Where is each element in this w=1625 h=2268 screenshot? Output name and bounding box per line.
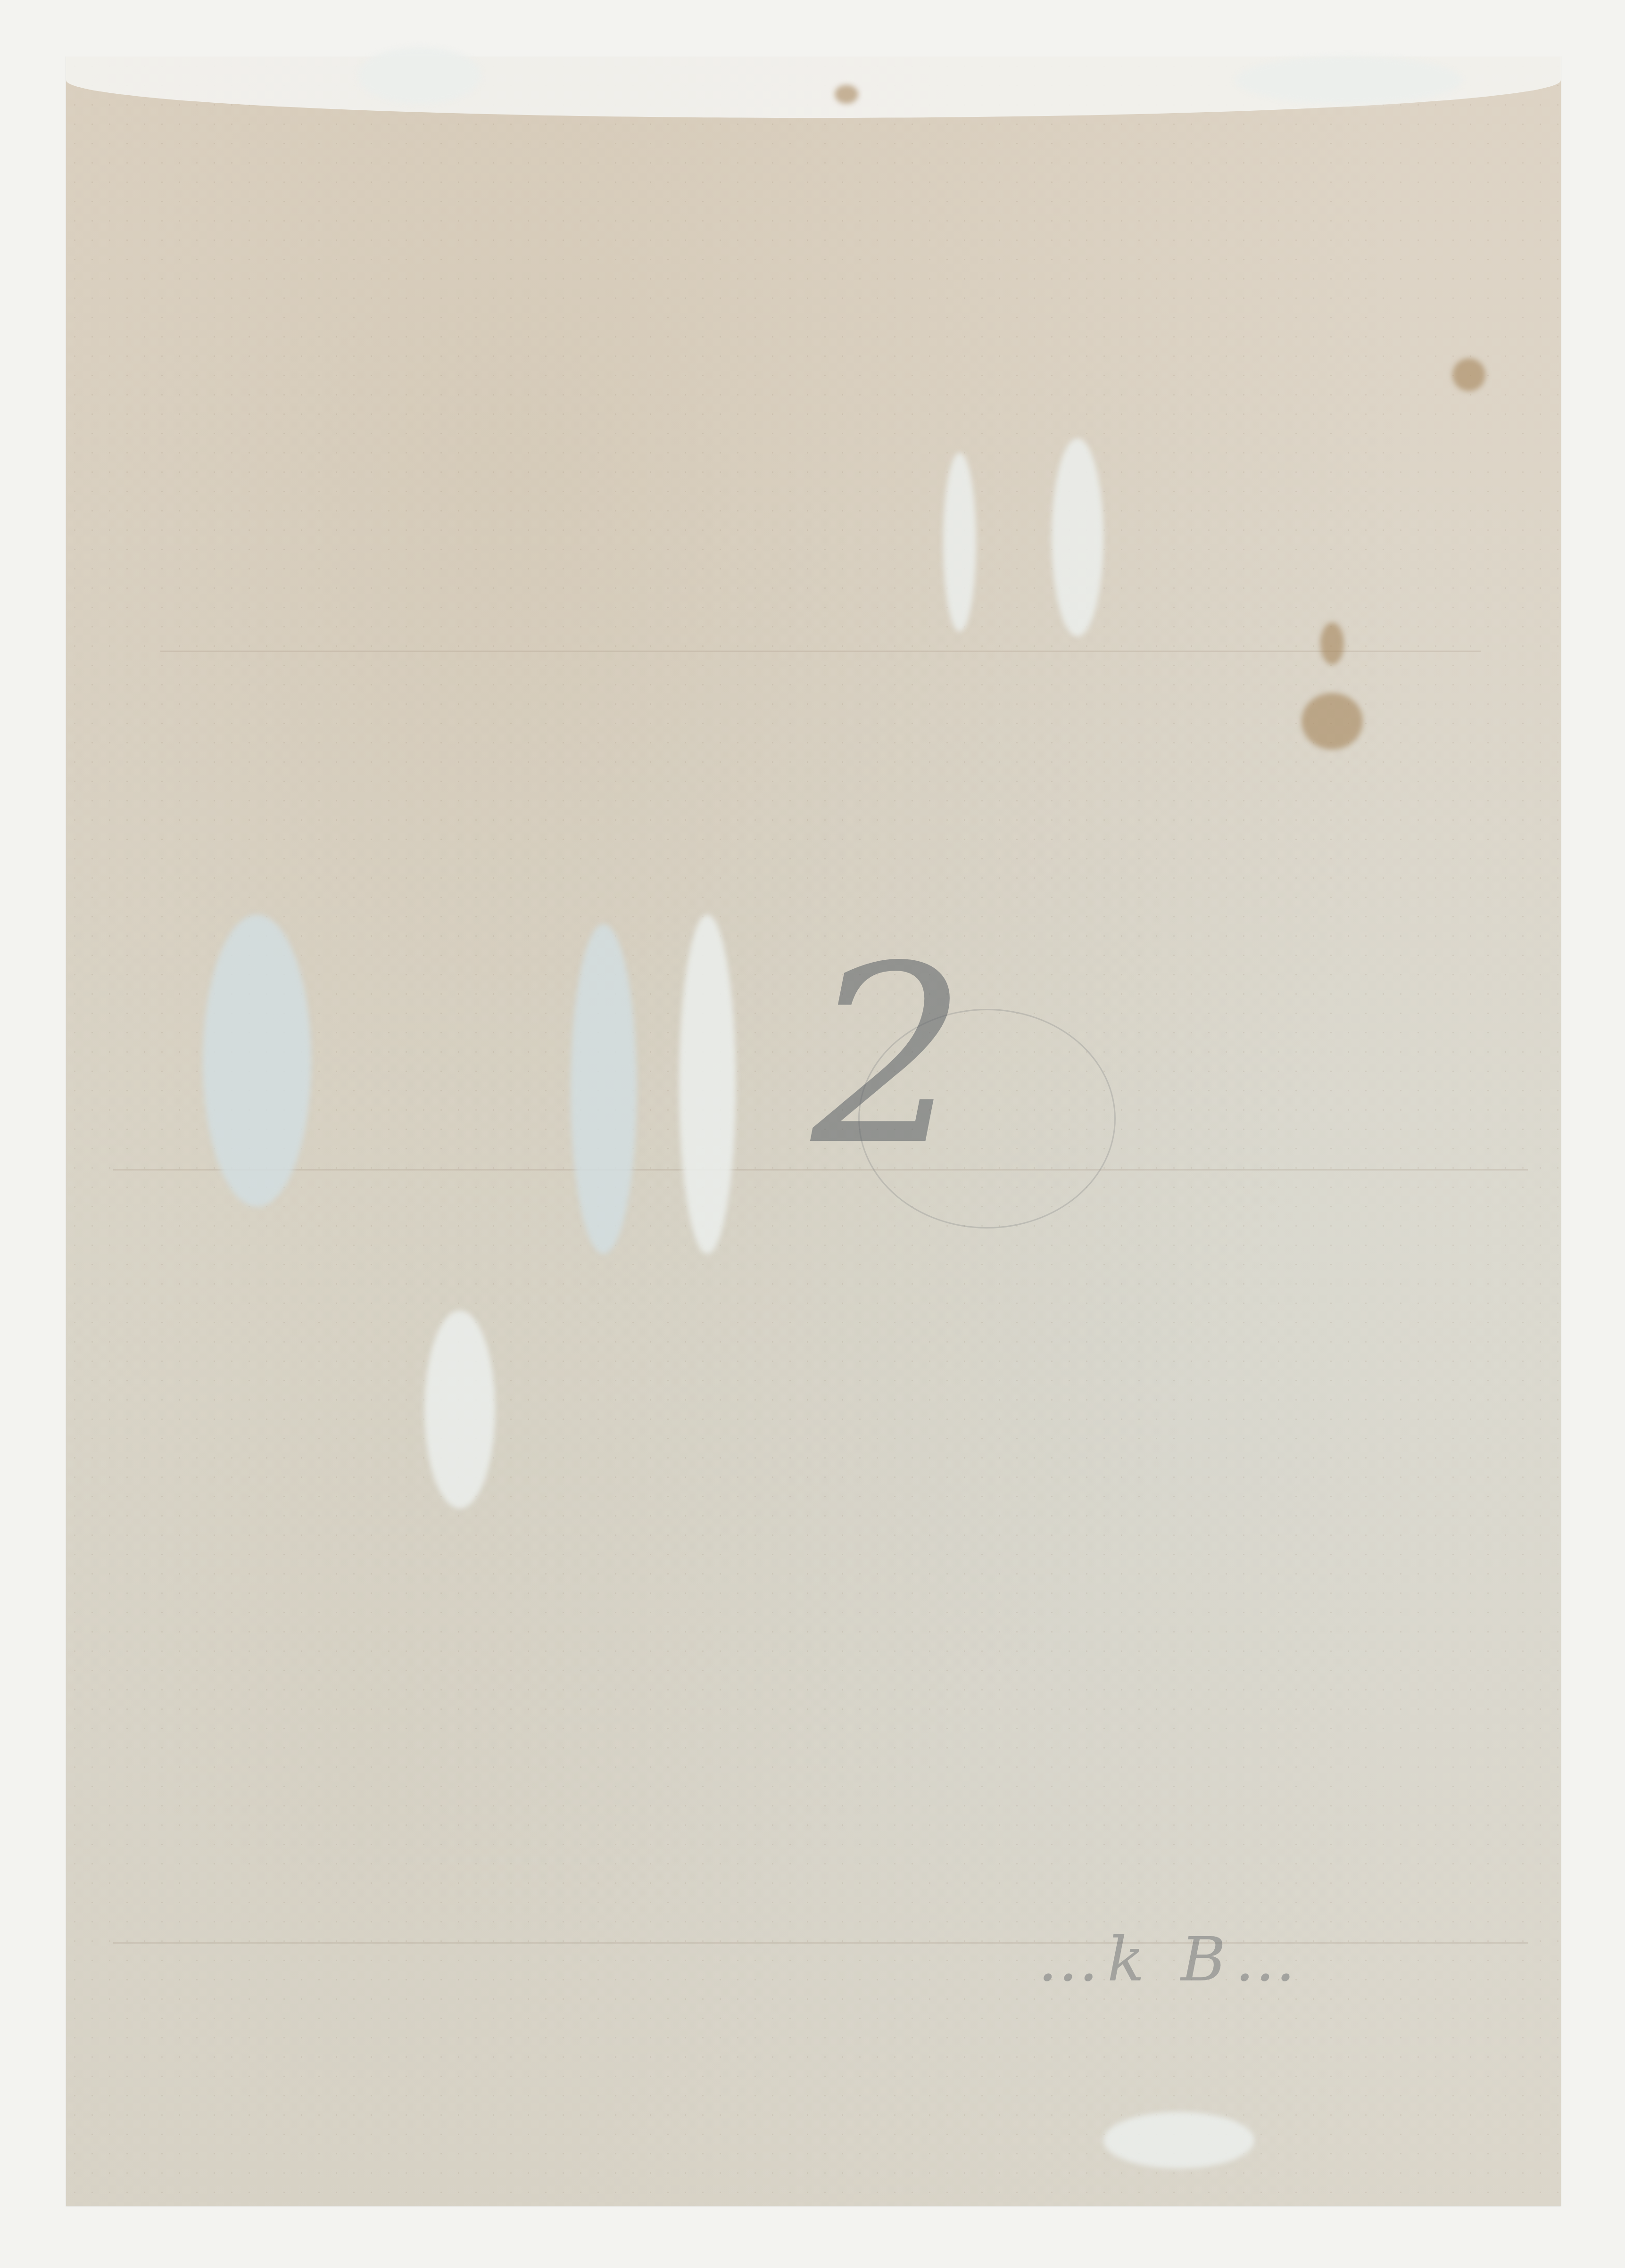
paper-loss-patch <box>358 47 481 104</box>
photo-canvas: 2 …k B… <box>0 0 1625 2268</box>
horizontal-crease <box>160 651 1481 652</box>
paper-loss-patch <box>1235 57 1462 104</box>
foxing-spot <box>1452 358 1485 391</box>
foxing-spot <box>1320 622 1344 665</box>
foxing-spot <box>1302 693 1363 750</box>
horizontal-crease <box>113 1942 1528 1944</box>
paper-loss-patch <box>424 1311 495 1509</box>
paper-loss-patch <box>571 924 637 1254</box>
foxing-spot <box>835 85 858 104</box>
paper-loss-patch <box>203 915 311 1207</box>
paper-loss-patch <box>1052 438 1103 636</box>
paper-loss-patch <box>679 915 736 1254</box>
paper-loss-patch <box>1103 2112 1254 2169</box>
pencil-inscription: …k B… <box>1037 1923 1304 1995</box>
paper-loss-patch <box>943 453 976 632</box>
pencil-numeral: 2 <box>811 933 967 1179</box>
